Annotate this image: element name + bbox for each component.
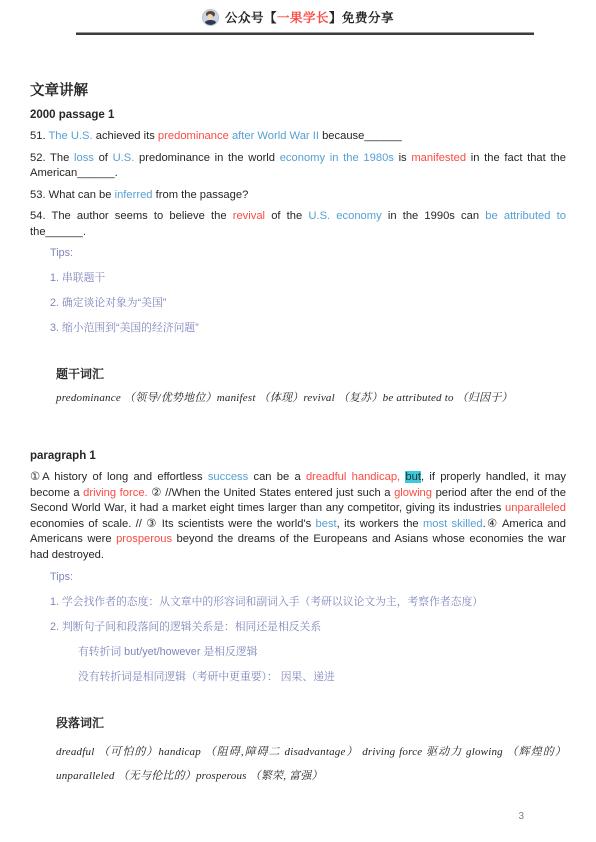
text-segment: ①A history of long and effortless: [30, 471, 208, 483]
text-segment: manifested: [411, 152, 466, 164]
document-content: 文章讲解 2000 passage 1 51. The U.S. achieve…: [0, 82, 596, 788]
text-segment: driving force.: [83, 487, 148, 499]
text-segment: ② //When the United States entered just …: [148, 487, 394, 499]
text-segment: dreadful handicap,: [306, 471, 400, 483]
text-segment: loss: [74, 152, 94, 164]
tip-item: 2. 确定谈论对象为“美国”: [50, 296, 566, 310]
text-segment: 一果学长: [277, 11, 329, 25]
text-segment: predominance in the world: [134, 152, 279, 164]
tip-subitem: 没有转折词是相同逻辑（考研中更重要）： 因果、递进: [78, 670, 566, 684]
page-header: 公众号【一果学长】免费分享: [0, 0, 596, 27]
text-segment: is: [394, 152, 411, 164]
highlighted-word: but: [405, 471, 421, 483]
document-page: 公众号【一果学长】免费分享 文章讲解 2000 passage 1 51. Th…: [0, 0, 596, 842]
text-segment: U.S.: [113, 152, 135, 164]
paragraph-vocab-title: 段落词汇: [56, 716, 566, 731]
text-segment: The U.S.: [48, 130, 92, 142]
question-vocab-section: 题干词汇 predominance （领导/优势地位）manifest （体现）…: [56, 367, 566, 405]
paragraph-vocab-text: dreadful （可怕的）handicap （阻碍,障碍二 disadvant…: [56, 740, 566, 788]
header-title: 公众号【一果学长】免费分享: [225, 8, 394, 26]
header-divider: [76, 32, 534, 35]
text-segment: economies of scale. // ③ Its scientists …: [30, 518, 316, 530]
tips-label: Tips:: [50, 246, 566, 260]
section-title: 文章讲解: [30, 82, 566, 100]
text-segment: economy in the 1980s: [280, 152, 394, 164]
avatar-body: [205, 20, 216, 26]
question-54: 54. The author seems to believe the revi…: [30, 209, 566, 240]
text-segment: can be a: [248, 471, 306, 483]
question-51: 51. The U.S. achieved its predominance a…: [30, 129, 566, 145]
tip-subitem: 有转折词 but/yet/however 是相反逻辑: [78, 645, 566, 659]
text-segment: 53. What can be: [30, 189, 115, 201]
paragraph-section: paragraph 1 ①A history of long and effor…: [30, 449, 566, 564]
text-segment: prosperous: [116, 533, 172, 545]
paragraph-vocab-section: 段落词汇 dreadful （可怕的）handicap （阻碍,障碍二 disa…: [56, 716, 566, 788]
page-number: 3: [518, 811, 524, 822]
text-segment: achieved its: [93, 130, 158, 142]
text-segment: predominance: [158, 130, 229, 142]
wechat-account-avatar-icon: [202, 9, 219, 26]
text-segment: of the: [265, 210, 308, 222]
paragraph-body: ①A history of long and effortless succes…: [30, 470, 566, 564]
text-segment: from the passage?: [153, 189, 249, 201]
text-segment: unparalleled: [505, 502, 566, 514]
text-segment: 52. The: [30, 152, 74, 164]
text-segment: glowing: [394, 487, 432, 499]
paragraph-title: paragraph 1: [30, 449, 566, 463]
text-segment: inferred: [115, 189, 153, 201]
tip-item: 3. 缩小范围到“美国的经济问题”: [50, 321, 566, 335]
tip-item: 1. 串联题干: [50, 271, 566, 285]
text-segment: U.S. economy: [308, 210, 381, 222]
tip-item: 2. 判断句子间和段落间的逻辑关系是：相同还是相反关系: [50, 620, 566, 634]
text-segment: 51.: [30, 130, 48, 142]
tips-block-paragraph: Tips: 1. 学会找作者的态度：从文章中的形容词和副词入手（考研以议论文为主…: [50, 570, 566, 684]
text-segment: 公众号【: [225, 11, 277, 25]
text-segment: most skilled: [423, 518, 483, 530]
tip-item: 1. 学会找作者的态度：从文章中的形容词和副词入手（考研以议论文为主，考察作者态…: [50, 595, 566, 609]
text-segment: the______.: [30, 226, 86, 238]
text-segment: success: [208, 471, 248, 483]
text-segment: best: [316, 518, 337, 530]
text-segment: , its workers the: [337, 518, 423, 530]
question-53: 53. What can be inferred from the passag…: [30, 188, 566, 204]
text-segment: after World War II: [232, 130, 319, 142]
tips-block-questions: Tips: 1. 串联题干 2. 确定谈论对象为“美国” 3. 缩小范围到“美国…: [50, 246, 566, 335]
question-vocab-text: predominance （领导/优势地位）manifest （体现）reviv…: [56, 391, 566, 405]
text-segment: because______: [319, 130, 402, 142]
question-vocab-title: 题干词汇: [56, 367, 566, 382]
text-segment: revival: [233, 210, 265, 222]
text-segment: be attributed to: [485, 210, 566, 222]
passage-title: 2000 passage 1: [30, 108, 566, 122]
text-segment: 54. The author seems to believe the: [30, 210, 233, 222]
text-segment: of: [94, 152, 113, 164]
tips-label: Tips:: [50, 570, 566, 584]
text-segment: 】免费分享: [329, 11, 394, 25]
question-52: 52. The loss of U.S. predominance in the…: [30, 151, 566, 182]
text-segment: in the 1990s can: [382, 210, 486, 222]
